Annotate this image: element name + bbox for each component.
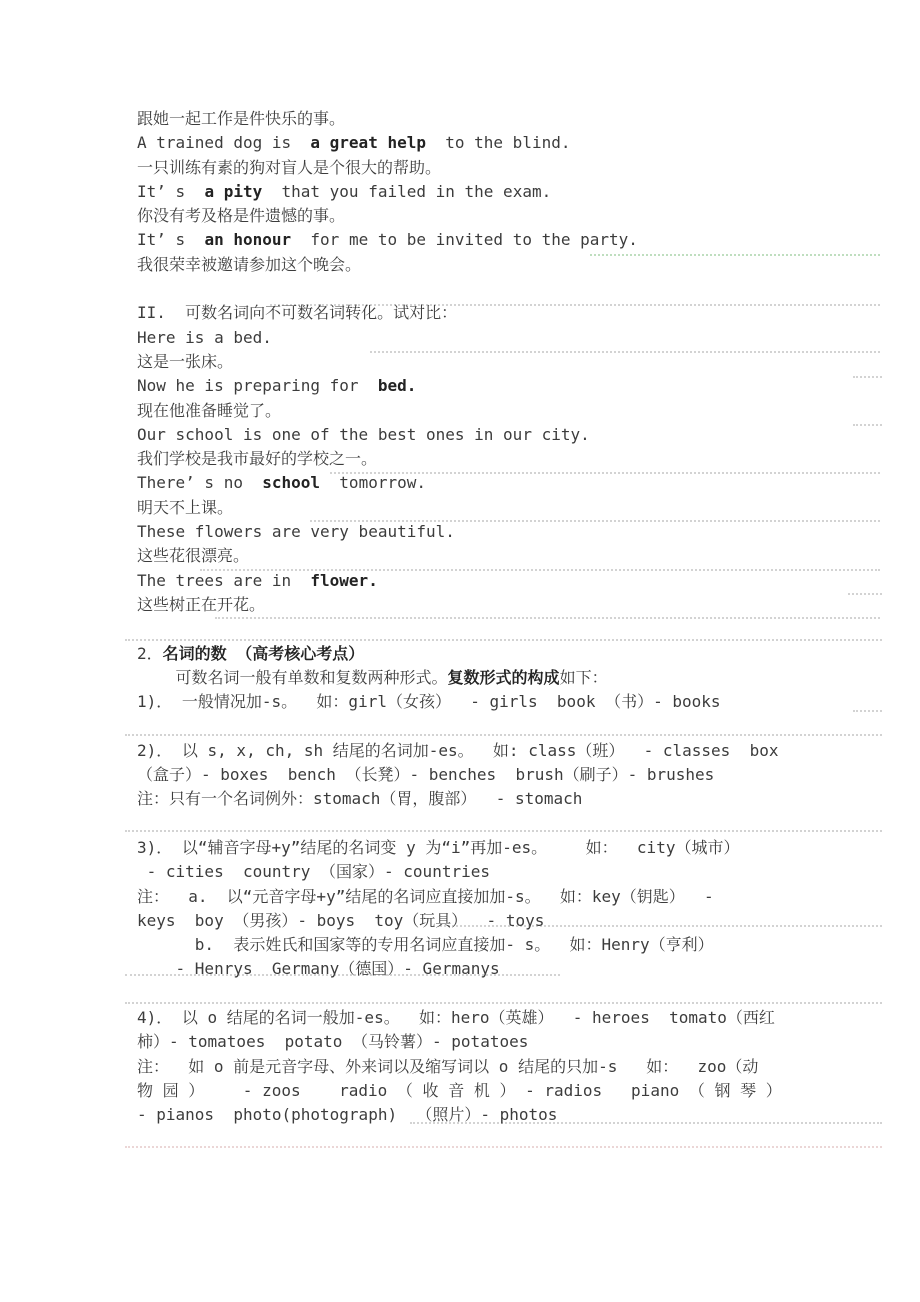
text-segment: II. 可数名词向不可数名词转化。试对比： [137,303,457,322]
text-segment: that you failed in the exam. [262,182,551,201]
text-segment: Our school is one of the best ones in ou… [137,425,590,444]
blank-line [137,277,885,301]
text-line: 注： a. 以“元音字母+y”结尾的名词应直接加加-s。 如：key（钥匙） - [137,885,885,909]
blank-line [137,812,885,836]
text-segment: It’ s [137,182,204,201]
text-segment: - pianos photo(photograph) （照片）- photos [137,1105,557,1124]
text-segment: tomorrow. [320,473,426,492]
text-segment: b. 表示姓氏和国家等的专用名词应直接加- s。 如：Henry（亨利） [137,935,714,954]
text-segment-bold: a great help [310,133,426,152]
text-segment: 你没有考及格是件遗憾的事。 [137,206,345,225]
blank-line [137,982,885,1006]
document-text: 跟她一起工作是件快乐的事。A trained dog is a great he… [137,107,885,1127]
text-segment: These flowers are very beautiful. [137,522,455,541]
text-line: 这是一张床。 [137,350,885,374]
text-line: There’ s no school tomorrow. [137,471,885,495]
text-segment-bold: 复数形式的构成 [448,668,560,687]
text-line: - cities country （国家）- countries [137,860,885,884]
text-line: A trained dog is a great help to the bli… [137,131,885,155]
text-line: （盒子）- boxes bench （长凳）- benches brush（刷子… [137,763,885,787]
text-line: - Henrys Germany（德国）- Germanys [137,957,885,981]
text-line: 1)． 一般情况加-s。 如：girl（女孩） - girls book （书）… [137,690,885,714]
text-segment: - Henrys Germany（德国）- Germanys [137,959,500,978]
text-segment: 4)． 以 o 结尾的名词一般加-es。 如：hero（英雄） - heroes… [137,1008,775,1027]
text-line: 现在他准备睡觉了。 [137,399,885,423]
text-segment: Now he is preparing for [137,376,378,395]
text-segment-bold: bed. [378,376,417,395]
text-segment: 这是一张床。 [137,352,233,371]
text-segment: 注： a. 以“元音字母+y”结尾的名词应直接加加-s。 如：key（钥匙） - [137,887,714,906]
document-page: 跟她一起工作是件快乐的事。A trained dog is a great he… [0,0,920,1302]
text-line: 一只训练有素的狗对盲人是个很大的帮助。 [137,156,885,180]
text-segment: 2． [137,644,163,663]
text-line: 我很荣幸被邀请参加这个晚会。 [137,253,885,277]
text-line: - pianos photo(photograph) （照片）- photos [137,1103,885,1127]
text-segment: 注： 如 o 前是元音字母、外来词以及缩写词以 o 结尾的只加-s 如： zoo… [137,1057,758,1076]
text-line: Our school is one of the best ones in ou… [137,423,885,447]
text-segment: to the blind. [426,133,571,152]
text-segment: for me to be invited to the party. [291,230,638,249]
text-segment: 这些树正在开花。 [137,595,265,614]
dotted-ruled-line [125,1146,882,1148]
text-segment-bold: 名词的数 （高考核心考点） [163,644,365,663]
text-line: 4)． 以 o 结尾的名词一般加-es。 如：hero（英雄） - heroes… [137,1006,885,1030]
text-segment: 注：只有一个名词例外：stomach（胃，腹部） - stomach [137,789,582,808]
text-segment: 跟她一起工作是件快乐的事。 [137,109,345,128]
text-segment: A trained dog is [137,133,310,152]
text-line: 可数名词一般有单数和复数两种形式。复数形式的构成如下： [137,666,885,690]
text-segment: 一只训练有素的狗对盲人是个很大的帮助。 [137,158,441,177]
text-segment: 柿）- tomatoes potato （马铃薯）- potatoes [137,1032,528,1051]
text-segment-bold: an honour [204,230,291,249]
text-segment: （盒子）- boxes bench （长凳）- benches brush（刷子… [137,765,714,784]
text-line: Here is a bed. [137,326,885,350]
text-line: Now he is preparing for bed. [137,374,885,398]
text-line: 注：只有一个名词例外：stomach（胃，腹部） - stomach [137,787,885,811]
text-line: It’ s a pity that you failed in the exam… [137,180,885,204]
text-segment: 现在他准备睡觉了。 [137,401,281,420]
text-line: 2．名词的数 （高考核心考点） [137,642,885,666]
text-segment-bold: flower. [310,571,377,590]
text-segment-bold: school [262,473,320,492]
text-segment: 明天不上课。 [137,498,233,517]
text-segment: 这些花很漂亮。 [137,546,249,565]
text-segment: 3)． 以“辅音字母+y”结尾的名词变 y 为“i”再加-es。 如： city… [137,838,739,857]
text-segment: - cities country （国家）- countries [137,862,490,881]
text-line: 明天不上课。 [137,496,885,520]
text-segment-bold: a pity [204,182,262,201]
blank-line [137,617,885,641]
text-segment: 我们学校是我市最好的学校之一。 [137,449,377,468]
text-line: 这些花很漂亮。 [137,544,885,568]
text-line: 2)． 以 s, x, ch, sh 结尾的名词加-es。 如: class（班… [137,739,885,763]
text-segment: 如下： [560,668,608,687]
text-segment: 我很荣幸被邀请参加这个晚会。 [137,255,361,274]
text-line: 3)． 以“辅音字母+y”结尾的名词变 y 为“i”再加-es。 如： city… [137,836,885,860]
text-segment: Here is a bed. [137,328,272,347]
text-line: 跟她一起工作是件快乐的事。 [137,107,885,131]
text-line: The trees are in flower. [137,569,885,593]
text-segment: 2)． 以 s, x, ch, sh 结尾的名词加-es。 如: class（班… [137,741,778,760]
text-segment: 1)． 一般情况加-s。 如：girl（女孩） - girls book （书）… [137,692,721,711]
text-line: keys boy （男孩）- boys toy（玩具） - toys [137,909,885,933]
text-line: b. 表示姓氏和国家等的专用名词应直接加- s。 如：Henry（亨利） [137,933,885,957]
text-segment: 可数名词一般有单数和复数两种形式。 [137,668,448,687]
text-line: II. 可数名词向不可数名词转化。试对比： [137,301,885,325]
text-line: It’ s an honour for me to be invited to … [137,228,885,252]
text-segment: The trees are in [137,571,310,590]
text-line: 这些树正在开花。 [137,593,885,617]
text-line: 我们学校是我市最好的学校之一。 [137,447,885,471]
text-line: 物 园 ） - zoos radio （ 收 音 机 ） - radios pi… [137,1079,885,1103]
text-line: 柿）- tomatoes potato （马铃薯）- potatoes [137,1030,885,1054]
blank-line [137,714,885,738]
text-segment: keys boy （男孩）- boys toy（玩具） - toys [137,911,544,930]
text-segment: It’ s [137,230,204,249]
text-line: 你没有考及格是件遗憾的事。 [137,204,885,228]
text-line: These flowers are very beautiful. [137,520,885,544]
text-segment: There’ s no [137,473,262,492]
text-line: 注： 如 o 前是元音字母、外来词以及缩写词以 o 结尾的只加-s 如： zoo… [137,1055,885,1079]
text-segment: 物 园 ） - zoos radio （ 收 音 机 ） - radios pi… [137,1081,782,1100]
